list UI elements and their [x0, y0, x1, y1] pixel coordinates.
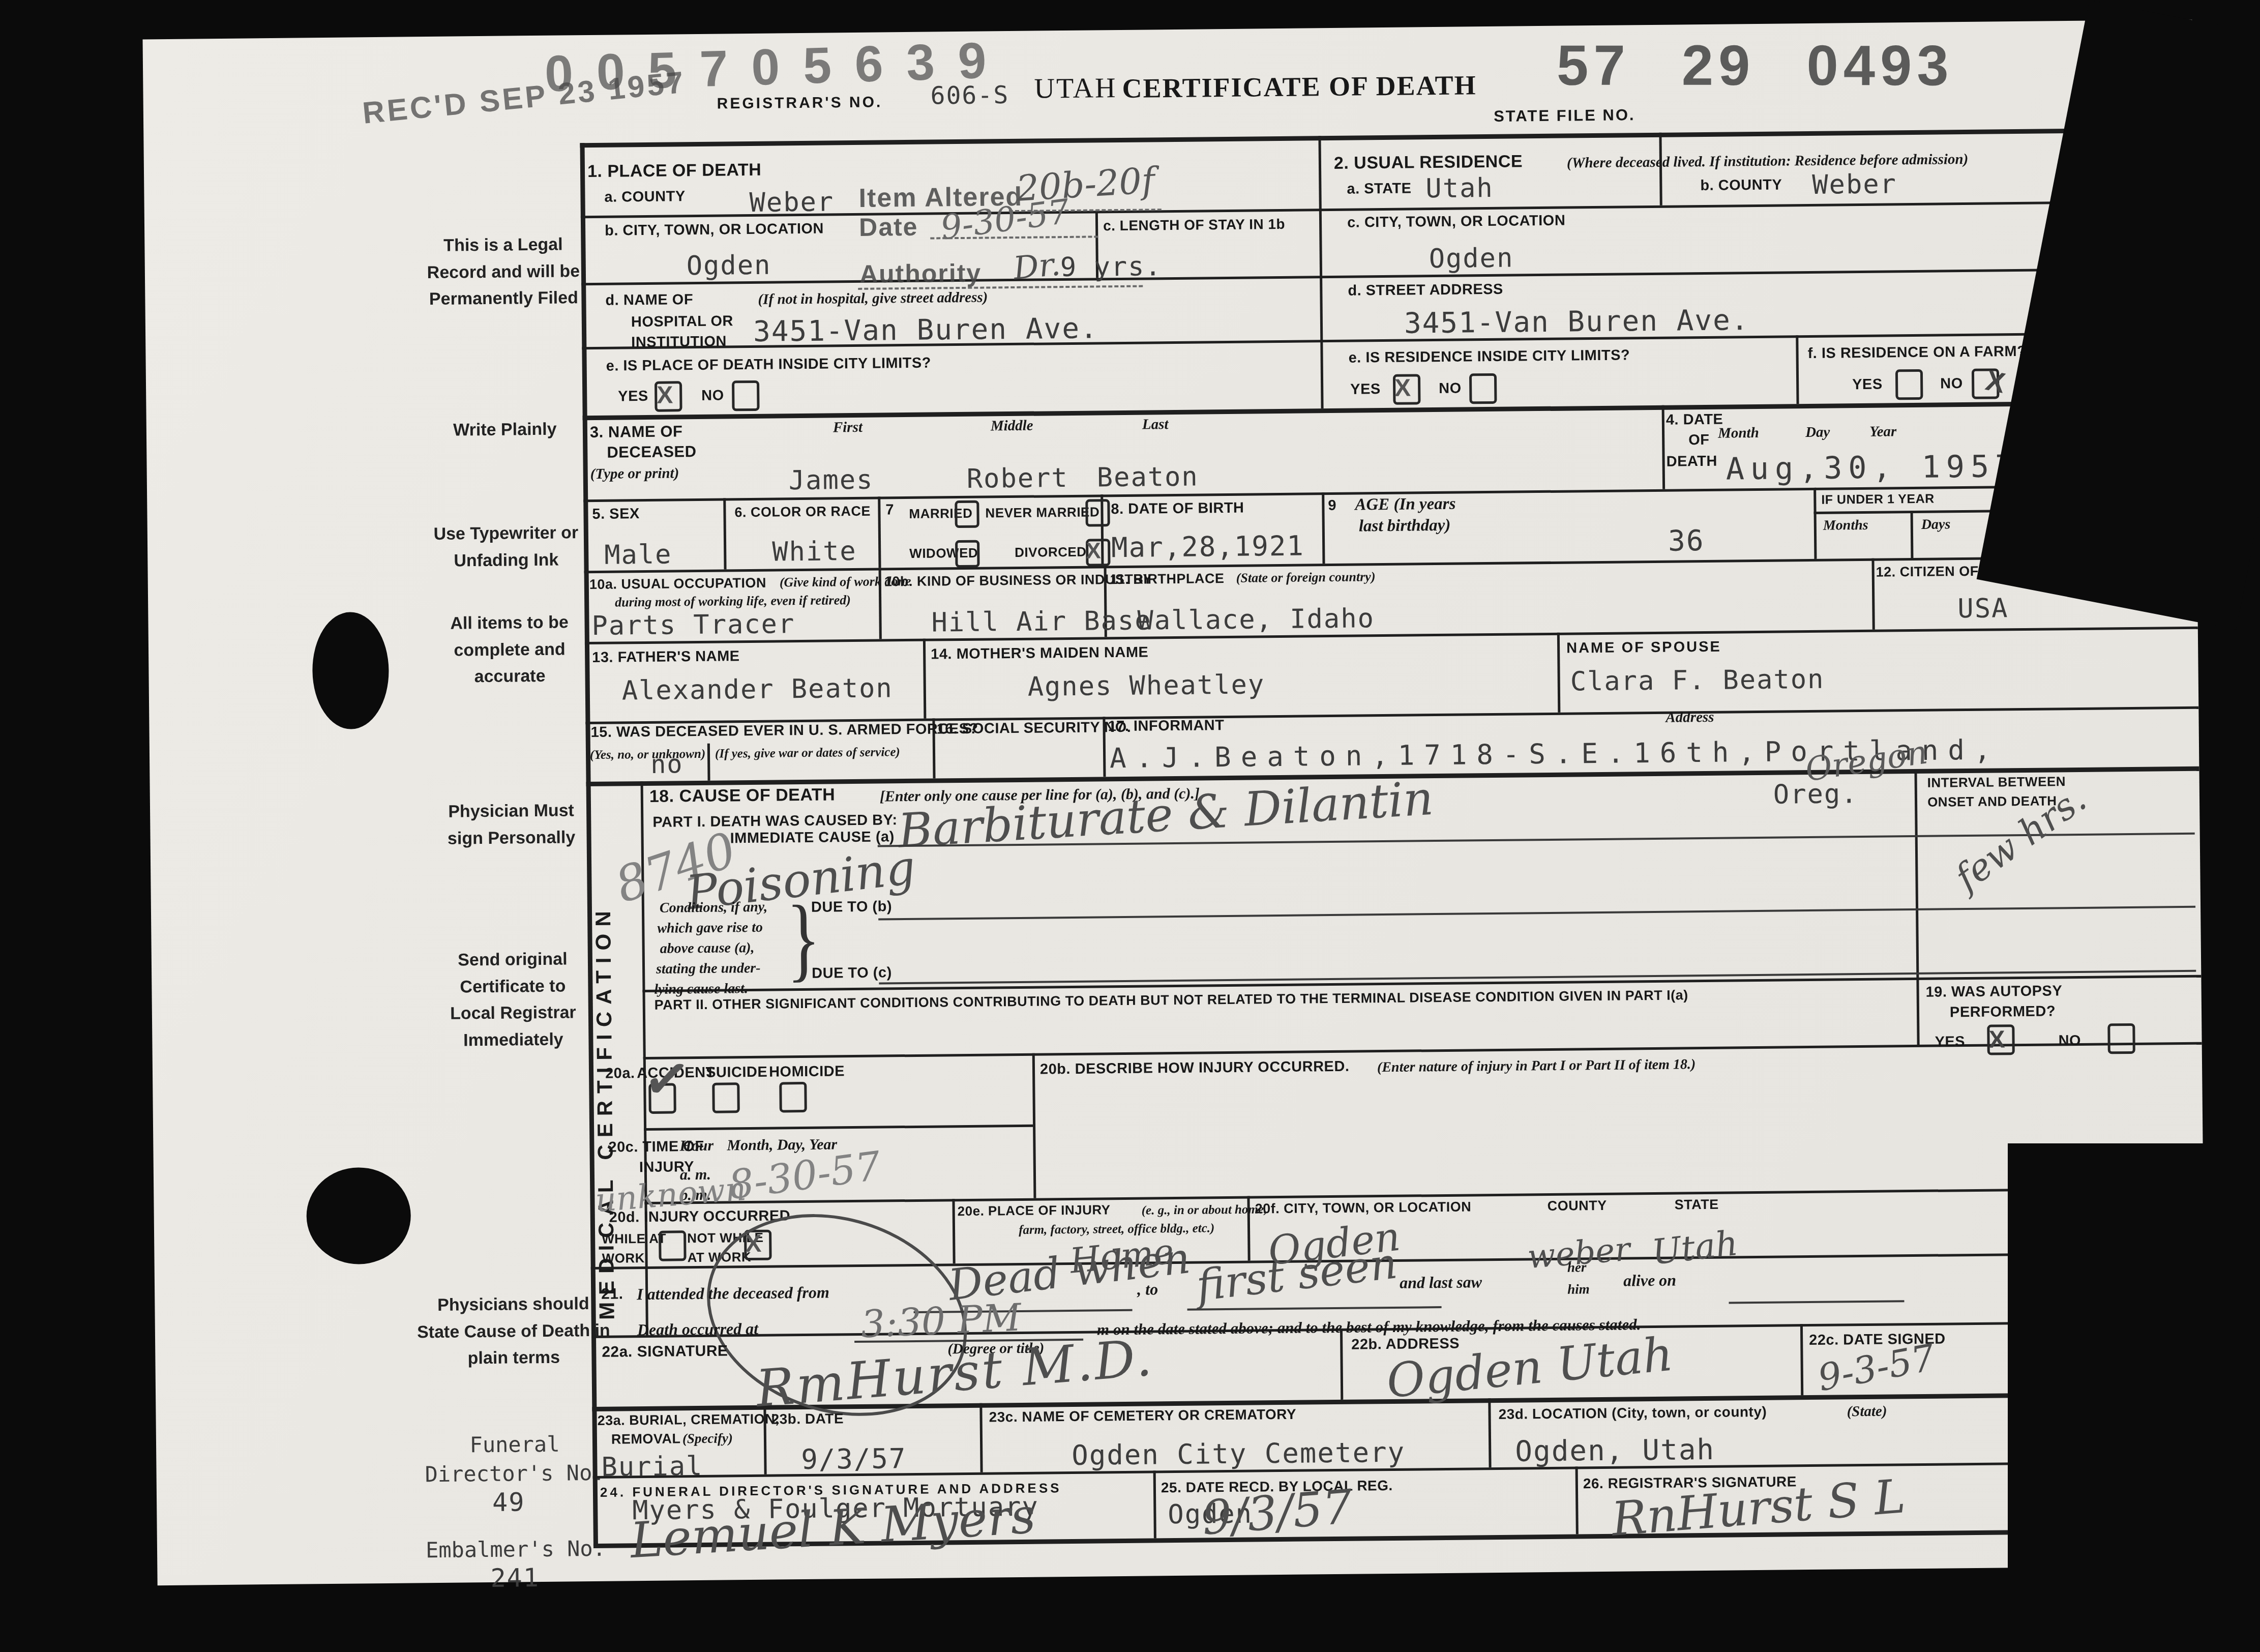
grid-line: [707, 744, 710, 781]
homicide-label: HOMICIDE: [769, 1063, 845, 1081]
title-state: UTAH: [1034, 72, 1117, 105]
birthplace-label: 11. BIRTHPLACE: [1110, 570, 1225, 588]
margin-note-use-typewriter: Use Typewriter or Unfading Ink: [412, 519, 601, 575]
grid-line: [1662, 405, 1666, 489]
color-or-race-label: 6. COLOR OR RACE: [734, 503, 871, 521]
registrar-no-label: REGISTRAR'S NO.: [717, 93, 883, 113]
type-or-print-sublabel: (Type or print): [590, 464, 679, 483]
no-checkbox: [1469, 373, 1497, 404]
suicide-checkbox: [712, 1082, 740, 1113]
state-file-no-stamp: 57 29 0493: [1557, 37, 1954, 95]
yes-label: YES: [1935, 1033, 1965, 1051]
res-city-value: Ogden: [1429, 244, 1513, 274]
attended-section-number: 21.: [601, 1285, 623, 1303]
street-address-label: d. STREET ADDRESS: [1348, 281, 1503, 300]
grid-line: [952, 1199, 955, 1263]
punch-hole-top: [312, 612, 389, 729]
hospital-name-label: d. NAME OF: [605, 291, 693, 309]
location-state-sublabel: (State): [1847, 1402, 1887, 1421]
never-married-checkbox: [1085, 499, 1110, 526]
married-checkbox: [955, 500, 979, 528]
suicide-label: SUICIDE: [706, 1064, 767, 1082]
social-security-label: 16. SOCIAL SECURITY NO.: [936, 719, 1131, 738]
first-name-label: First: [833, 418, 863, 437]
place-of-death-title: 1. PLACE OF DEATH: [587, 160, 762, 182]
state-label: a. STATE: [1347, 180, 1411, 198]
injury-state-value: Utah: [1650, 1226, 1740, 1271]
conditions-note: which gave rise to: [657, 919, 763, 937]
grid-line: [583, 400, 2196, 420]
middle-name-value: Robert: [967, 464, 1068, 494]
homicide-checkbox: [779, 1082, 807, 1113]
res-inside-city-label: e. IS RESIDENCE INSIDE CITY LIMITS?: [1348, 346, 1630, 367]
part2-label: PART II. OTHER SIGNIFICANT CONDITIONS CO…: [655, 987, 1688, 1013]
date-of-birth-label: 8. DATE OF BIRTH: [1111, 499, 1244, 518]
while-at-work-label2: WORK: [602, 1250, 645, 1266]
margin-note-write-plainly: Write Plainly: [421, 416, 589, 444]
scanned-death-certificate: { "checks": { "x": "X", "check": "✓" }, …: [0, 0, 2260, 1652]
cause-of-death-title: 18. CAUSE OF DEATH: [649, 784, 836, 807]
usual-occupation-label: 10a. USUAL OCCUPATION: [589, 575, 766, 593]
mothers-maiden-name-value: Agnes Wheatley: [1028, 670, 1265, 702]
age-value: 36: [1668, 525, 1705, 557]
usual-residence-sublabel: (Where deceased lived. If institution: R…: [1567, 150, 1969, 172]
received-date-stamp: REC'D SEP 23 1957: [361, 67, 687, 128]
autopsy-label: 19. WAS AUTOPSY: [1925, 982, 2062, 1001]
state-value: Utah: [1425, 174, 1494, 203]
informant-address-sublabel: Address: [1666, 708, 1714, 727]
while-at-work-label: WHILE AT: [602, 1231, 666, 1247]
county-label: a. COUNTY: [604, 188, 686, 206]
cemetery-value: Ogden City Cemetery: [1072, 1437, 1405, 1471]
birthplace-value: Wallace, Idaho: [1137, 604, 1375, 636]
funeral-director-no-label: Funeral Director's No.: [413, 1430, 617, 1489]
month-label: Month: [1718, 424, 1759, 442]
authority-value: Dr.: [1012, 248, 1062, 284]
last-saw-text: and last saw: [1400, 1272, 1482, 1293]
no-label: NO: [2058, 1032, 2081, 1050]
date-of-death-label3: DEATH: [1666, 453, 1717, 471]
grid-line: [723, 498, 726, 569]
death-time-value: 3:30 PM: [860, 1299, 1022, 1343]
divorced-label: DIVORCED: [1015, 544, 1087, 561]
res-city-label: c. CITY, TOWN, OR LOCATION: [1347, 212, 1566, 232]
usual-residence-title: 2. USUAL RESIDENCE: [1334, 151, 1523, 173]
no-checkbox: [2107, 1023, 2135, 1054]
conditions-note: stating the under-: [656, 959, 761, 978]
grid-line: [1871, 558, 1875, 630]
margin-note-send-original: Send original Certificate to Local Regis…: [436, 946, 590, 1054]
no-label: NO: [701, 387, 724, 404]
conditions-note: above cause (a),: [660, 939, 755, 958]
usual-occupation-sublabel2: during most of working life, even if ret…: [615, 592, 851, 611]
age-label: AGE (In years: [1355, 494, 1455, 516]
him-text: him: [1567, 1281, 1590, 1298]
while-at-work-checkbox: [659, 1230, 687, 1261]
burial-cremation-label2: REMOVAL: [611, 1430, 681, 1448]
her-text: her: [1567, 1259, 1587, 1276]
injury-state-label: STATE: [1674, 1196, 1718, 1213]
injury-city-label: 20f. CITY, TOWN, OR LOCATION: [1255, 1198, 1472, 1217]
cause-b-line: [878, 906, 2195, 921]
street-address-value: 3451-Van Buren Ave.: [1404, 305, 1749, 339]
margin-note-physician-sign: Physician Must sign Personally: [435, 797, 588, 852]
burial-date-value: 9/3/57: [801, 1443, 907, 1474]
burial-date-label: 23b. DATE: [771, 1410, 844, 1428]
sex-label: 5. SEX: [592, 505, 640, 523]
burial-value: Burial: [601, 1452, 703, 1482]
conditions-note: Conditions, if any,: [660, 898, 767, 917]
grid-line: [643, 1042, 2202, 1059]
armed-forces-sublabel1: (Yes, no, or unknown): [590, 746, 705, 763]
place-of-injury-sublabel1: (e. g., in or about home,: [1142, 1201, 1267, 1219]
date-of-birth-value: Mar,28,1921: [1111, 531, 1304, 563]
x-mark: X: [657, 383, 673, 407]
photo-background-corner: [2008, 1143, 2260, 1652]
attended-to-text: , to: [1137, 1279, 1158, 1299]
due-to-b-label: DUE TO (b): [811, 898, 892, 916]
date-of-death-value: Aug,30, 1957: [1726, 450, 2019, 486]
name-of-spouse-label: NAME OF SPOUSE: [1566, 638, 1721, 658]
date-received-value: 9/3/57: [1200, 1484, 1354, 1542]
marital-status-number: 7: [885, 501, 894, 519]
conditions-note: lying cause last.: [654, 980, 748, 998]
inside-city-limits-label: e. IS PLACE OF DEATH INSIDE CITY LIMITS?: [606, 355, 932, 375]
length-of-stay-value: 9 yrs.: [1060, 252, 1162, 282]
x-mark: X: [1394, 376, 1411, 401]
widowed-checkbox: [955, 540, 980, 568]
alive-on-text: alive on: [1623, 1270, 1676, 1291]
grid-line: [1340, 1329, 1343, 1400]
grid-line: [1488, 1398, 1491, 1467]
signature-label: 22a. SIGNATURE: [602, 1342, 728, 1361]
yes-label: YES: [1350, 380, 1381, 398]
embalmer-no-value: 241: [490, 1564, 540, 1592]
never-married-label: NEVER MARRIED: [985, 504, 1099, 521]
hospital-name-label3: INSTITUTION: [631, 333, 727, 351]
funeral-director-no-value: 49: [492, 1488, 525, 1517]
margin-note-all-items: All items to be complete and accurate: [423, 609, 597, 691]
no-label: NO: [1940, 375, 1963, 393]
months-label: Months: [1823, 516, 1868, 535]
hospital-name-sublabel: (If not in hospital, give street address…: [758, 288, 988, 309]
title-main: CERTIFICATE OF DEATH: [1122, 69, 1477, 104]
hospital-name-value: 3451-Van Buren Ave.: [753, 313, 1098, 347]
year-label: Year: [1869, 422, 1897, 441]
name-of-deceased-label: 3. NAME OF: [590, 422, 683, 441]
armed-forces-value: no: [650, 750, 683, 779]
name-of-deceased-label2: DECEASED: [607, 442, 697, 462]
business-industry-value: Hill Air Base: [931, 606, 1152, 637]
mothers-maiden-name-label: 14. MOTHER'S MAIDEN NAME: [931, 643, 1148, 663]
registrar-no-value: 606-S: [930, 82, 1009, 109]
county-value2: Weber: [1812, 170, 1897, 200]
date-of-death-label: 4. DATE: [1666, 411, 1723, 429]
interval-label: INTERVAL BETWEEN: [1927, 774, 2066, 791]
birthplace-sublabel: (State or foreign country): [1236, 569, 1376, 586]
city-town-label: b. CITY, TOWN, OR LOCATION: [605, 220, 824, 240]
burial-cremation-label: 23a. BURIAL, CREMATION,: [597, 1411, 779, 1429]
grid-line: [1800, 1324, 1803, 1395]
grid-line: [979, 1403, 983, 1472]
no-checkbox: [732, 380, 760, 411]
autopsy-label2: PERFORMED?: [1950, 1002, 2056, 1021]
first-name-value: James: [789, 466, 874, 496]
date-of-injury-value: 8-30-57: [726, 1146, 883, 1206]
accident-section-number: 20a.: [605, 1065, 635, 1082]
informant-label: 17. INFORMANT: [1108, 717, 1224, 735]
city-town-value: Ogden: [687, 251, 771, 281]
county-value: Weber: [749, 188, 834, 218]
fathers-name-value: Alexander Beaton: [622, 674, 893, 705]
margin-note-legal-record: This is a Legal Record and will be Perma…: [419, 231, 588, 313]
cemetery-label: 23c. NAME OF CEMETERY OR CREMATORY: [989, 1406, 1296, 1426]
color-or-race-value: White: [772, 537, 857, 567]
grid-line: [1318, 136, 1323, 408]
grid-line: [878, 497, 881, 568]
name-of-spouse-value: Clara F. Beaton: [1570, 665, 1824, 697]
punch-hole-bottom: [306, 1167, 411, 1264]
place-of-injury-label: 20e. PLACE OF INJURY: [958, 1202, 1111, 1219]
grid-line: [580, 128, 2193, 147]
grid-line: [1032, 1053, 1036, 1198]
x-mark: X: [1988, 1027, 2005, 1052]
death-occurred-text: Death occurred at: [637, 1318, 759, 1340]
grid-line: [1813, 488, 1817, 559]
grid-line: [1796, 335, 1799, 404]
state-file-no-label: STATE FILE NO.: [1494, 105, 1635, 126]
grid-line: [1322, 492, 1325, 564]
hour-label: Hour: [679, 1136, 713, 1156]
no-label: NO: [1439, 380, 1462, 398]
embalmer-no-label: Embalmer's No.: [414, 1535, 618, 1566]
usual-occupation-value: Parts Tracer: [591, 610, 795, 641]
grid-line: [1557, 633, 1561, 713]
accident-check-mark: ✓: [640, 1049, 694, 1110]
days-label: Days: [1921, 515, 1951, 534]
alive-on-line: [1729, 1300, 1904, 1304]
middle-name-label: Middle: [991, 417, 1033, 435]
yes-label: YES: [1852, 376, 1883, 394]
hospital-name-label2: HOSPITAL OR: [631, 312, 733, 331]
length-of-stay-label: c. LENGTH OF STAY IN 1b: [1103, 216, 1285, 234]
fathers-name-label: 13. FATHER'S NAME: [592, 647, 740, 667]
date-of-death-label2: OF: [1688, 431, 1710, 449]
sex-value: Male: [604, 540, 672, 570]
x-mark: X: [1086, 540, 1101, 562]
attended-to-value: first seen: [1194, 1242, 1399, 1307]
res-on-farm-label: f. IS RESIDENCE ON A FARM?: [1807, 343, 2026, 363]
describe-injury-label: 20b. DESCRIBE HOW INJURY OCCURRED.: [1040, 1058, 1350, 1079]
describe-injury-sublabel: (Enter nature of injury in Part I or Par…: [1377, 1055, 1696, 1076]
last-name-value: Beaton: [1097, 463, 1199, 493]
county-label2: b. COUNTY: [1700, 176, 1782, 194]
age-number: 9: [1328, 497, 1336, 515]
grid-line: [585, 627, 2198, 644]
grid-line: [1575, 1466, 1579, 1534]
grid-line: [1914, 769, 1919, 1045]
attended-from-text: I attended the deceased from: [637, 1282, 829, 1305]
location-label: 23d. LOCATION (City, town, or county): [1498, 1403, 1767, 1423]
age-label2: last birthday): [1359, 515, 1451, 537]
grid-line: [923, 639, 927, 719]
injury-county-label: COUNTY: [1547, 1197, 1607, 1215]
grid-line: [1153, 1470, 1156, 1538]
yes-label: YES: [618, 388, 648, 405]
grid-line: [644, 1125, 1033, 1131]
if-under-1-year-label: IF UNDER 1 YEAR: [1821, 491, 1935, 508]
last-name-label: Last: [1142, 415, 1169, 434]
armed-forces-sublabel2: (If yes, give war or dates of service): [715, 744, 900, 762]
due-to-c-label: DUE TO (c): [812, 964, 892, 982]
location-value: Ogden, Utah: [1515, 1434, 1715, 1467]
citizen-value: USA: [1957, 594, 2008, 624]
specify-sublabel: (Specify): [682, 1430, 733, 1448]
date-stamp-label: Date: [859, 214, 918, 240]
yes-checkbox: [1895, 369, 1923, 400]
authority-stamp-label: Authority: [859, 260, 982, 287]
grid-line: [1911, 511, 1914, 558]
certificate-paper: 005705639 REC'D SEP 23 1957 REGISTRAR'S …: [143, 20, 2207, 1586]
day-label: Day: [1805, 423, 1830, 442]
margin-note-plain-terms: Physicians should State Cause of Death i…: [414, 1290, 613, 1373]
armed-forces-label: 15. WAS DECEASED EVER IN U. S. ARMED FOR…: [590, 720, 978, 742]
